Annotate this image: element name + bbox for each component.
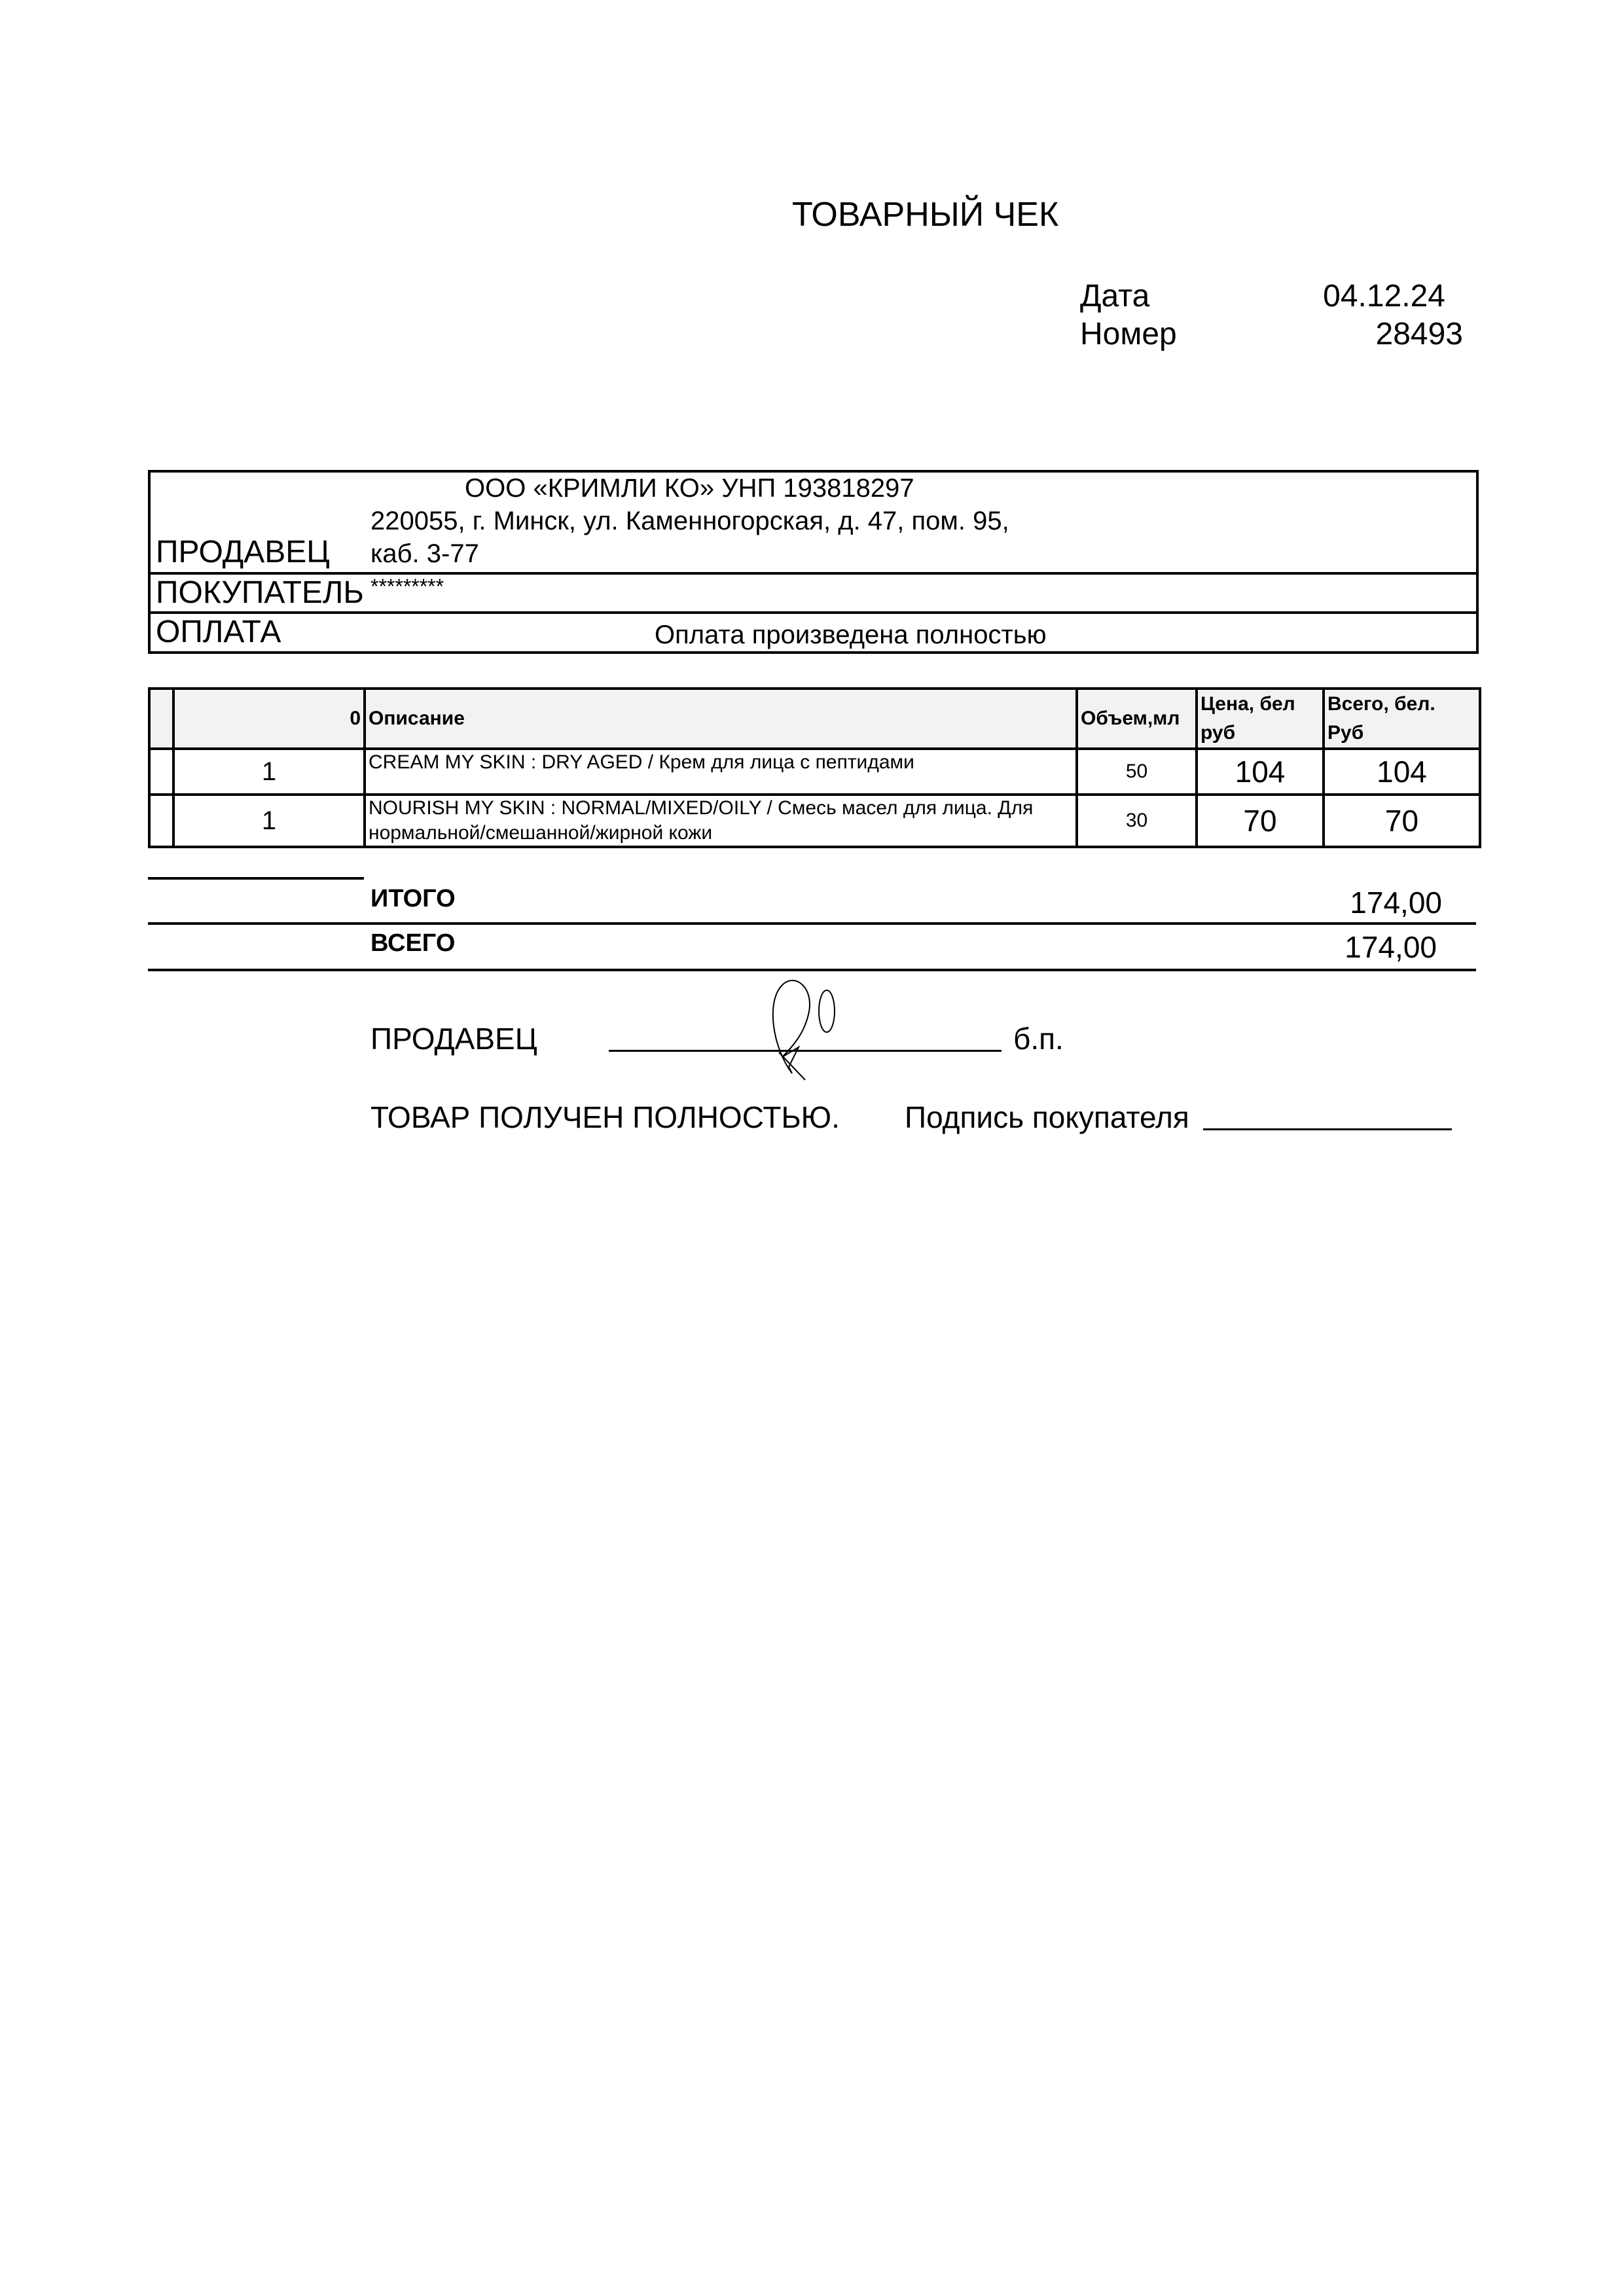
item-description: NOURISH MY SKIN : NORMAL/MIXED/OILY / См… <box>365 795 1077 847</box>
seller-signature-icon <box>753 975 857 1086</box>
goods-received-text: ТОВАР ПОЛУЧЕН ПОЛНОСТЬЮ. <box>370 1100 840 1135</box>
items-header-row: 0 Описание Объем,мл Цена, бел руб Всего,… <box>149 689 1480 749</box>
seller-label: ПРОДАВЕЦ <box>156 534 330 570</box>
date-label: Дата <box>1080 278 1149 314</box>
row-index <box>149 749 173 795</box>
item-description: CREAM MY SKIN : DRY AGED / Крем для лица… <box>365 749 1077 795</box>
buyer-signature-label: Подпись покупателя <box>905 1100 1189 1135</box>
parties-box: ООО «КРИМЛИ КО» УНП 193818297 220055, г.… <box>148 470 1479 654</box>
seller-name: ООО «КРИМЛИ КО» УНП 193818297 <box>465 474 914 503</box>
number-label: Номер <box>1080 316 1177 352</box>
items-table: 0 Описание Объем,мл Цена, бел руб Всего,… <box>148 687 1481 848</box>
totals-divider <box>148 922 1476 925</box>
header-total: Всего, бел. Руб <box>1324 689 1480 749</box>
row-index <box>149 795 173 847</box>
totals-bottom-divider <box>148 969 1476 971</box>
item-price: 70 <box>1197 795 1324 847</box>
buyer-signature-line[interactable] <box>1203 1128 1452 1130</box>
item-price: 104 <box>1197 749 1324 795</box>
item-total: 70 <box>1324 795 1480 847</box>
item-volume: 50 <box>1077 749 1197 795</box>
seller-signature-suffix: б.п. <box>1013 1021 1064 1056</box>
buyer-label: ПОКУПАТЕЛЬ <box>156 575 364 611</box>
item-volume: 30 <box>1077 795 1197 847</box>
item-qty: 1 <box>173 749 365 795</box>
seller-address-line1: 220055, г. Минск, ул. Каменногорская, д.… <box>370 507 1009 536</box>
header-volume: Объем,мл <box>1077 689 1197 749</box>
buyer-value: ********* <box>370 575 444 599</box>
payment-value: Оплата произведена полностью <box>655 620 1047 650</box>
header-qty: 0 <box>173 689 365 749</box>
seller-signature-label: ПРОДАВЕЦ <box>370 1021 537 1056</box>
payment-label: ОПЛАТА <box>156 614 281 650</box>
header-description: Описание <box>365 689 1077 749</box>
header-index <box>149 689 173 749</box>
table-row: 1 NOURISH MY SKIN : NORMAL/MIXED/OILY / … <box>149 795 1480 847</box>
item-qty: 1 <box>173 795 365 847</box>
number-value: 28493 <box>1267 316 1463 352</box>
total-label: ВСЕГО <box>370 929 455 958</box>
payment-row: ОПЛАТА Оплата произведена полностью <box>151 611 1476 651</box>
table-row: 1 CREAM MY SKIN : DRY AGED / Крем для ли… <box>149 749 1480 795</box>
subtotal-label: ИТОГО <box>370 885 456 913</box>
total-value: 174,00 <box>1240 929 1437 965</box>
item-total: 104 <box>1324 749 1480 795</box>
header-price: Цена, бел руб <box>1197 689 1324 749</box>
buyer-row: ПОКУПАТЕЛЬ ********* <box>151 572 1476 611</box>
date-value: 04.12.24 <box>1249 278 1445 314</box>
document-title: ТОВАРНЫЙ ЧЕК <box>792 195 1058 234</box>
totals-divider-short <box>148 877 364 880</box>
subtotal-value: 174,00 <box>1246 885 1442 920</box>
seller-address-line2: каб. 3-77 <box>370 539 479 569</box>
